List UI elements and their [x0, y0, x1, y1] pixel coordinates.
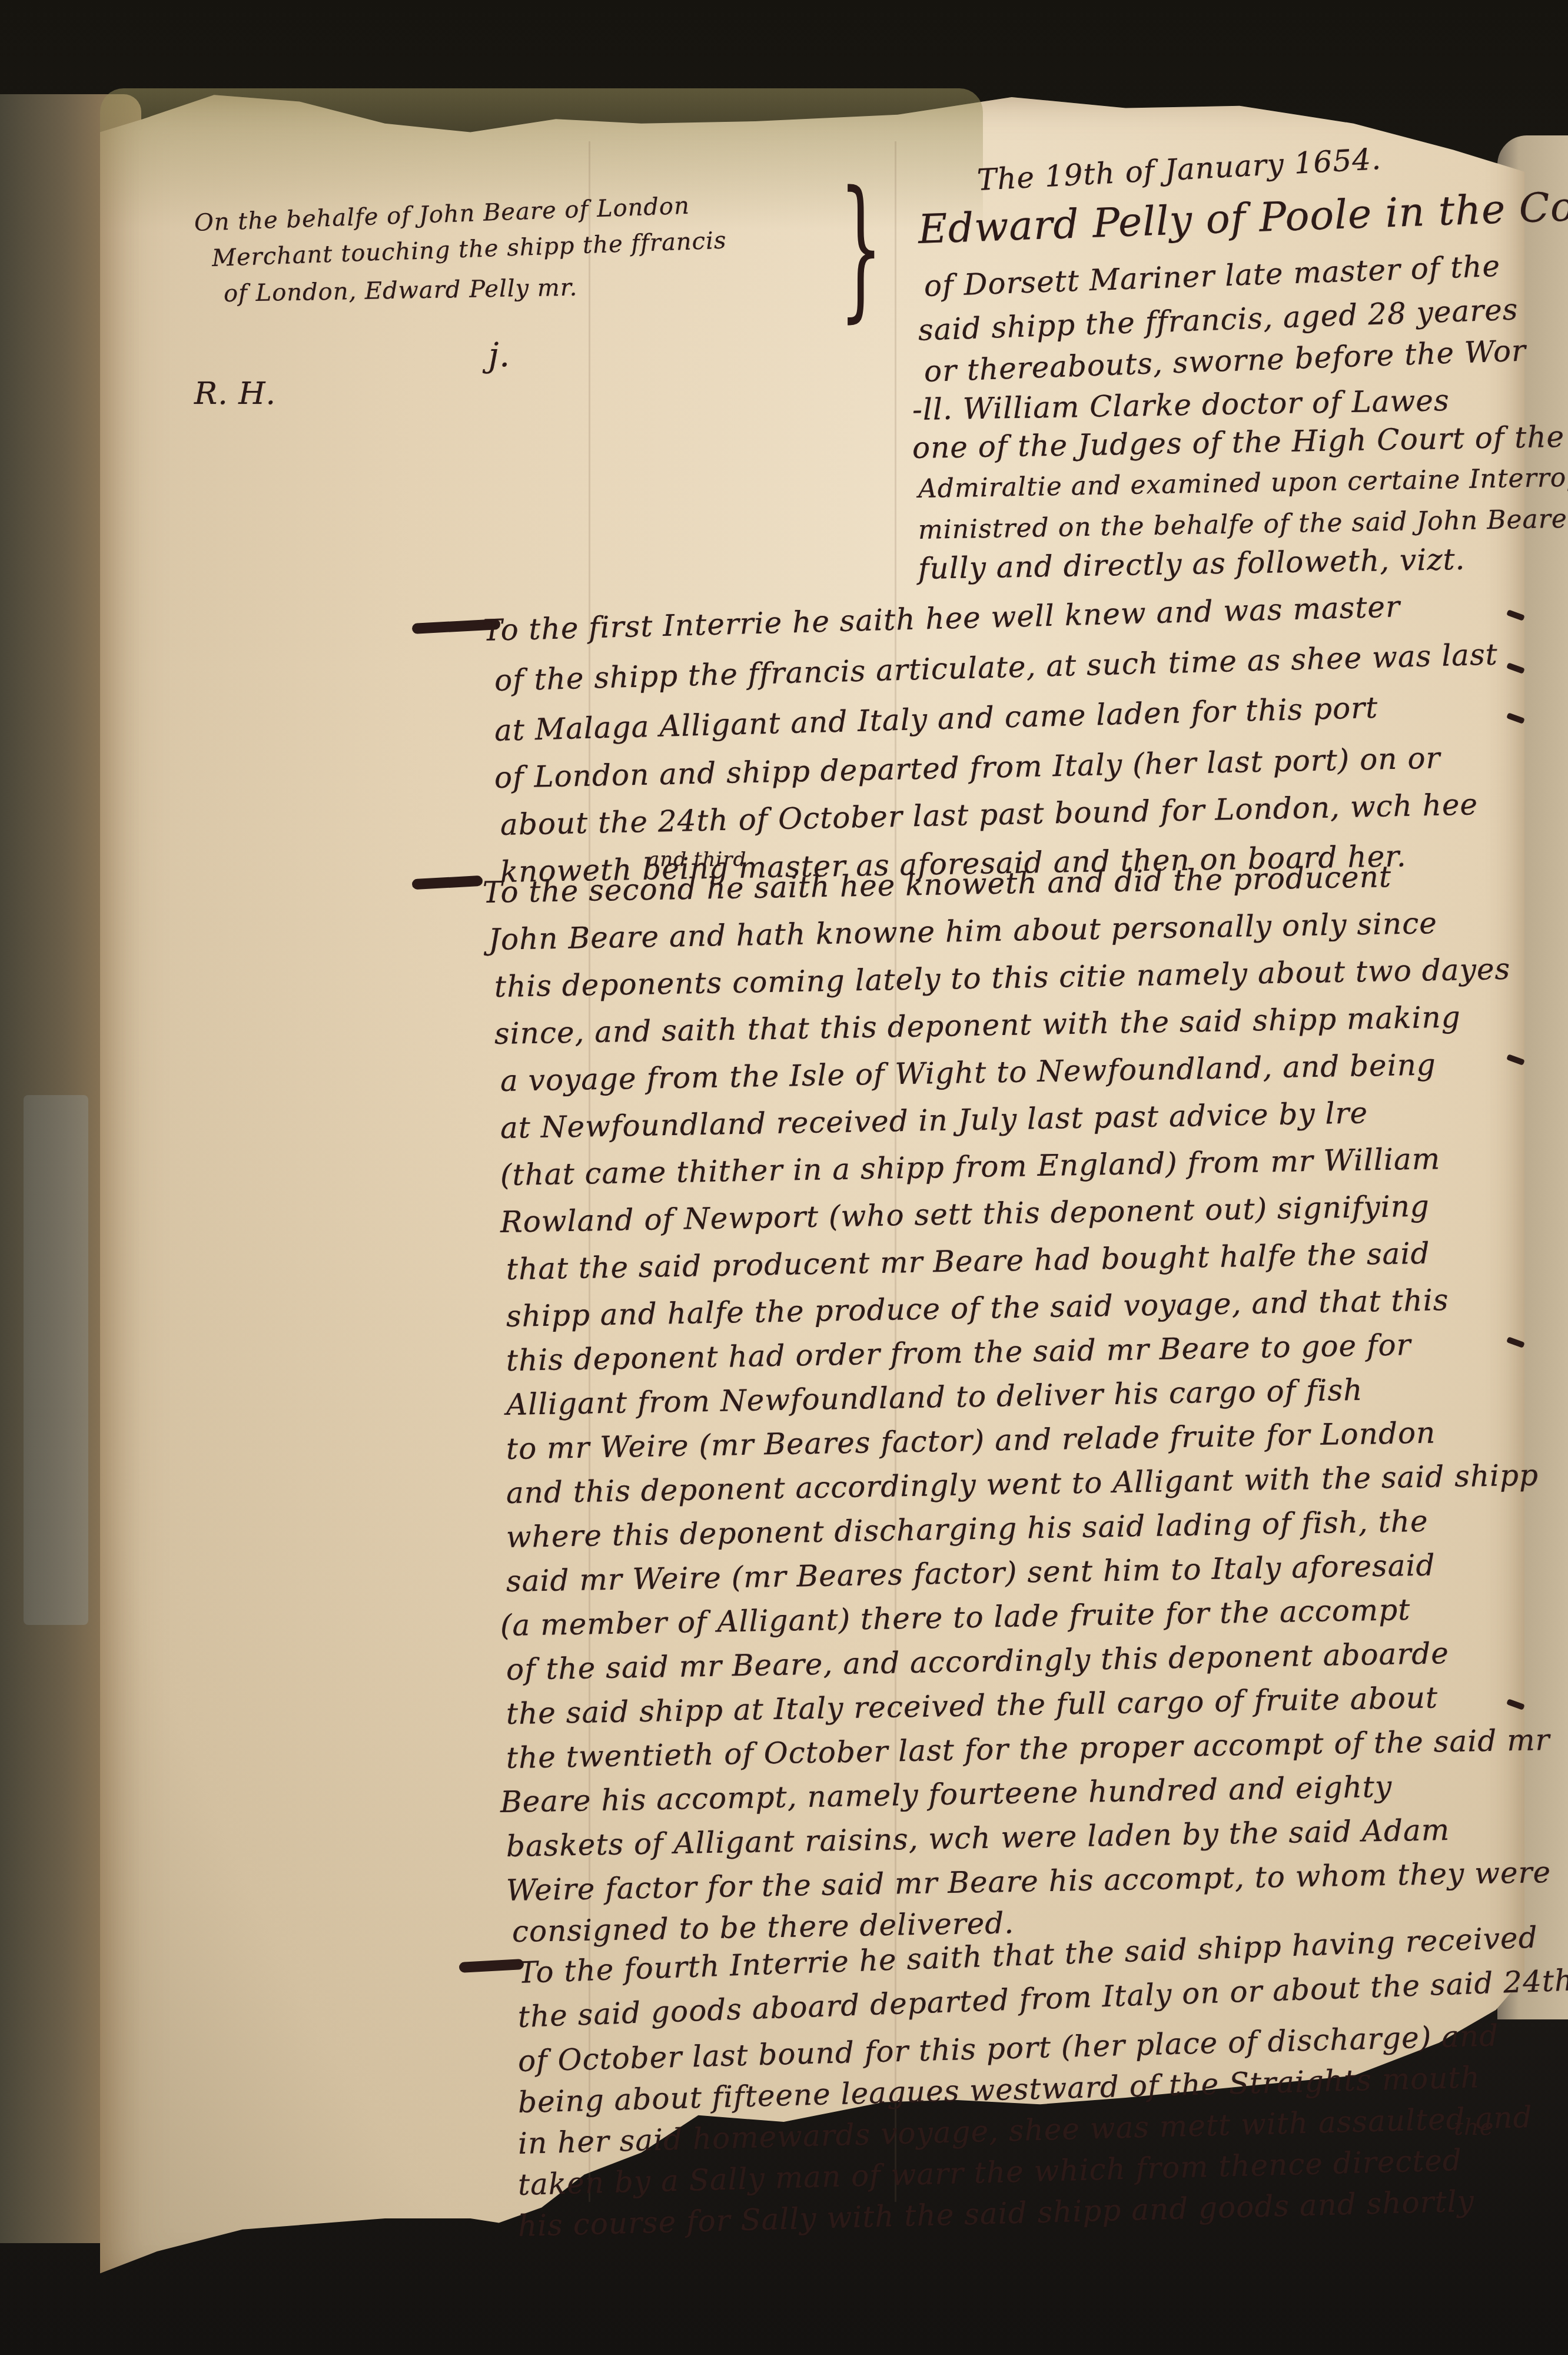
catchword: the	[1454, 2114, 1494, 2141]
brace-mark: }	[839, 159, 882, 337]
clerk-initials: R. H.	[194, 377, 276, 411]
margin-note-line: of London, Edward Pelly mr.	[223, 271, 577, 311]
folio-numeral: j.	[489, 339, 510, 373]
